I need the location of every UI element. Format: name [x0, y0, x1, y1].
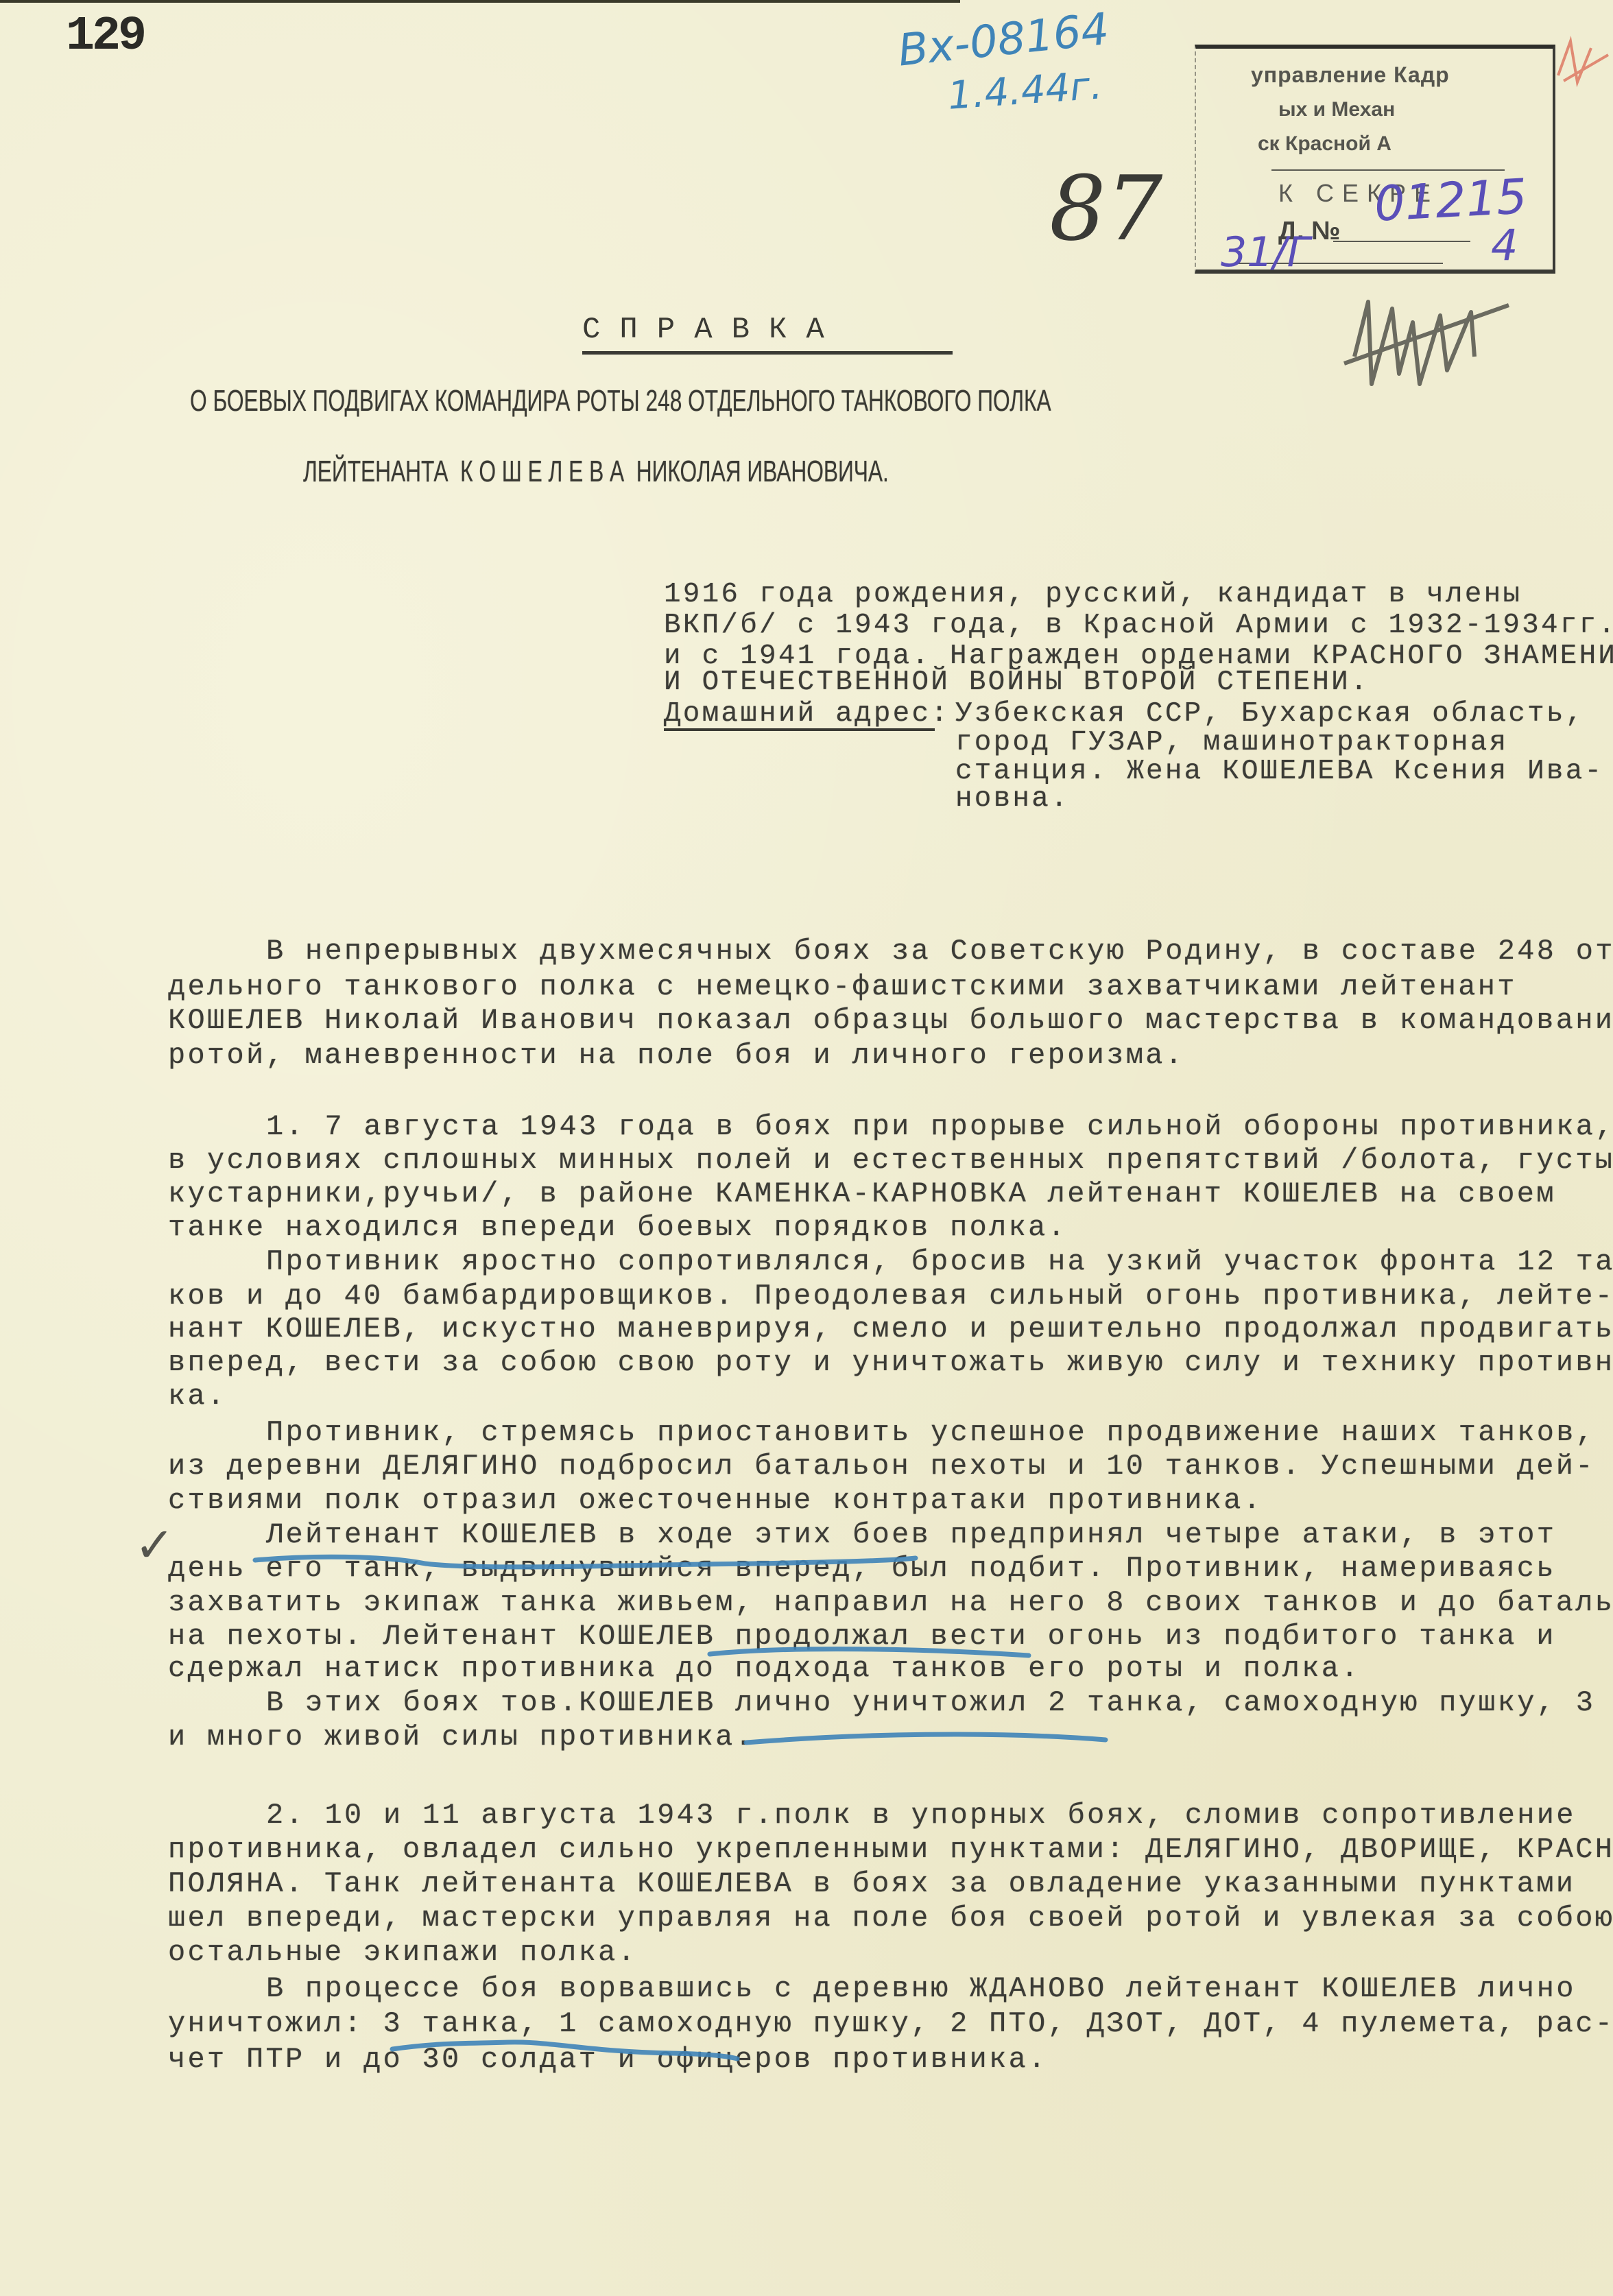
stamp-reg-line [1333, 241, 1470, 242]
body-line: нант КОШЕЛЕВ, искустно маневрируя, смело… [168, 1312, 1613, 1346]
stamp-line-3: ск Красной А [1258, 132, 1391, 156]
stamp-suffix: 4 [1491, 220, 1518, 270]
body-line: дельного танкового полка с немецко-фашис… [168, 970, 1517, 1004]
body-line: остальные экипажи полка. [168, 1935, 637, 1970]
body-line: Противник, стремясь приостановить успешн… [266, 1415, 1595, 1450]
body-line: вперед, вести за собою свою роту и уничт… [168, 1346, 1613, 1380]
address-line: новна. [955, 782, 1070, 816]
body-line: Противник яростно сопротивлялся, бросив … [266, 1245, 1613, 1279]
body-line: и много живой силы противника. [168, 1720, 754, 1754]
red-pencil-mark [1558, 41, 1608, 82]
body-line: ротой, маневренности на поле боя и лично… [168, 1038, 1184, 1073]
body-line: противника, овладел сильно укрепленными … [168, 1832, 1613, 1867]
body-line: чет ПТР и до 30 солдат и офицеров против… [168, 2042, 1048, 2077]
body-line: Лейтенант КОШЕЛЕВ в ходе этих боев предп… [266, 1518, 1556, 1552]
body-line: ПОЛЯНА. Танк лейтенанта КОШЕЛЕВА в боях … [168, 1867, 1575, 1901]
page-number: 129 [66, 10, 144, 64]
body-line: уничтожил: 3 танка, 1 самоходную пушку, … [168, 2007, 1613, 2041]
body-line: 1. 7 августа 1943 года в боях при прорыв… [266, 1110, 1613, 1144]
body-line: в условиях сплошных минных полей и естес… [168, 1143, 1613, 1177]
body-line: 2. 10 и 11 августа 1943 г.полк в упорных… [266, 1798, 1576, 1832]
signature-scribble [1344, 302, 1509, 384]
bio-line: ВКП/б/ с 1943 года, в Красной Армии с 19… [664, 608, 1613, 643]
subtitle-line-1: О БОЕВЫХ ПОДВИГАХ КОМАНДИРА РОТЫ 248 ОТД… [190, 384, 1051, 418]
address-label-underline [664, 728, 935, 731]
incoming-date: 1.4.44г. [946, 63, 1103, 119]
stamp-date: 31/Г [1221, 228, 1310, 276]
title-underline [582, 351, 953, 355]
body-line: ка. [168, 1379, 227, 1413]
body-line: В процессе боя ворвавшись с деревню ЖДАН… [266, 1972, 1576, 2006]
body-line: танке находился впереди боевых порядков … [168, 1210, 1067, 1245]
body-line: из деревни ДЕЛЯГИНО подбросил батальон п… [168, 1449, 1595, 1483]
checkmark-icon: ✓ [134, 1517, 175, 1573]
body-line: шел впереди, мастерски управляя на поле … [168, 1901, 1613, 1935]
body-line: на пехоты. Лейтенант КОШЕЛЕВ продолжал в… [168, 1619, 1556, 1653]
subtitle-line-2: ЛЕЙТЕНАНТА К О Ш Е Л Е В А НИКОЛАЯ ИВАНО… [303, 455, 889, 489]
bio-line: И ОТЕЧЕСТВЕННОЙ ВОЙНЫ ВТОРОЙ СТЕПЕНИ. [664, 665, 1370, 699]
document-title: СПРАВКА [582, 313, 844, 347]
body-line: В этих боях тов.КОШЕЛЕВ лично уничтожил … [266, 1686, 1613, 1720]
registration-stamp: управление Кадр ых и Механ ск Красной А … [1195, 45, 1555, 274]
body-line: день его танк, выдвинувшийся вперед, был… [168, 1551, 1556, 1586]
body-line: сдержал натиск противника до подхода тан… [168, 1651, 1361, 1686]
body-line: ствиями полк отразил ожесточенные контра… [168, 1483, 1263, 1518]
body-line: ков и до 40 бамбардировщиков. Преодолева… [168, 1279, 1613, 1313]
blue-underline-3 [746, 1734, 1106, 1743]
body-line: В непрерывных двухмесячных боях за Совет… [266, 934, 1613, 968]
stamp-line-2: ых и Механ [1278, 98, 1395, 121]
sheet-number: 87 [1049, 156, 1162, 261]
body-line: кустарники,ручьи/, в районе КАМЕНКА-КАРН… [168, 1177, 1556, 1211]
address-label: Домашний адрес: [664, 697, 950, 731]
scan-edge [0, 0, 960, 3]
body-line: КОШЕЛЕВ Николай Иванович показал образцы… [168, 1003, 1613, 1038]
document-page: 129 Вх-08164 1.4.44г. 87 управление Кадр… [0, 0, 1613, 2296]
body-line: захватить экипаж танка живьем, направил … [168, 1586, 1613, 1620]
stamp-line-1: управление Кадр [1251, 62, 1450, 88]
bio-line: 1916 года рождения, русский, кандидат в … [664, 577, 1522, 612]
